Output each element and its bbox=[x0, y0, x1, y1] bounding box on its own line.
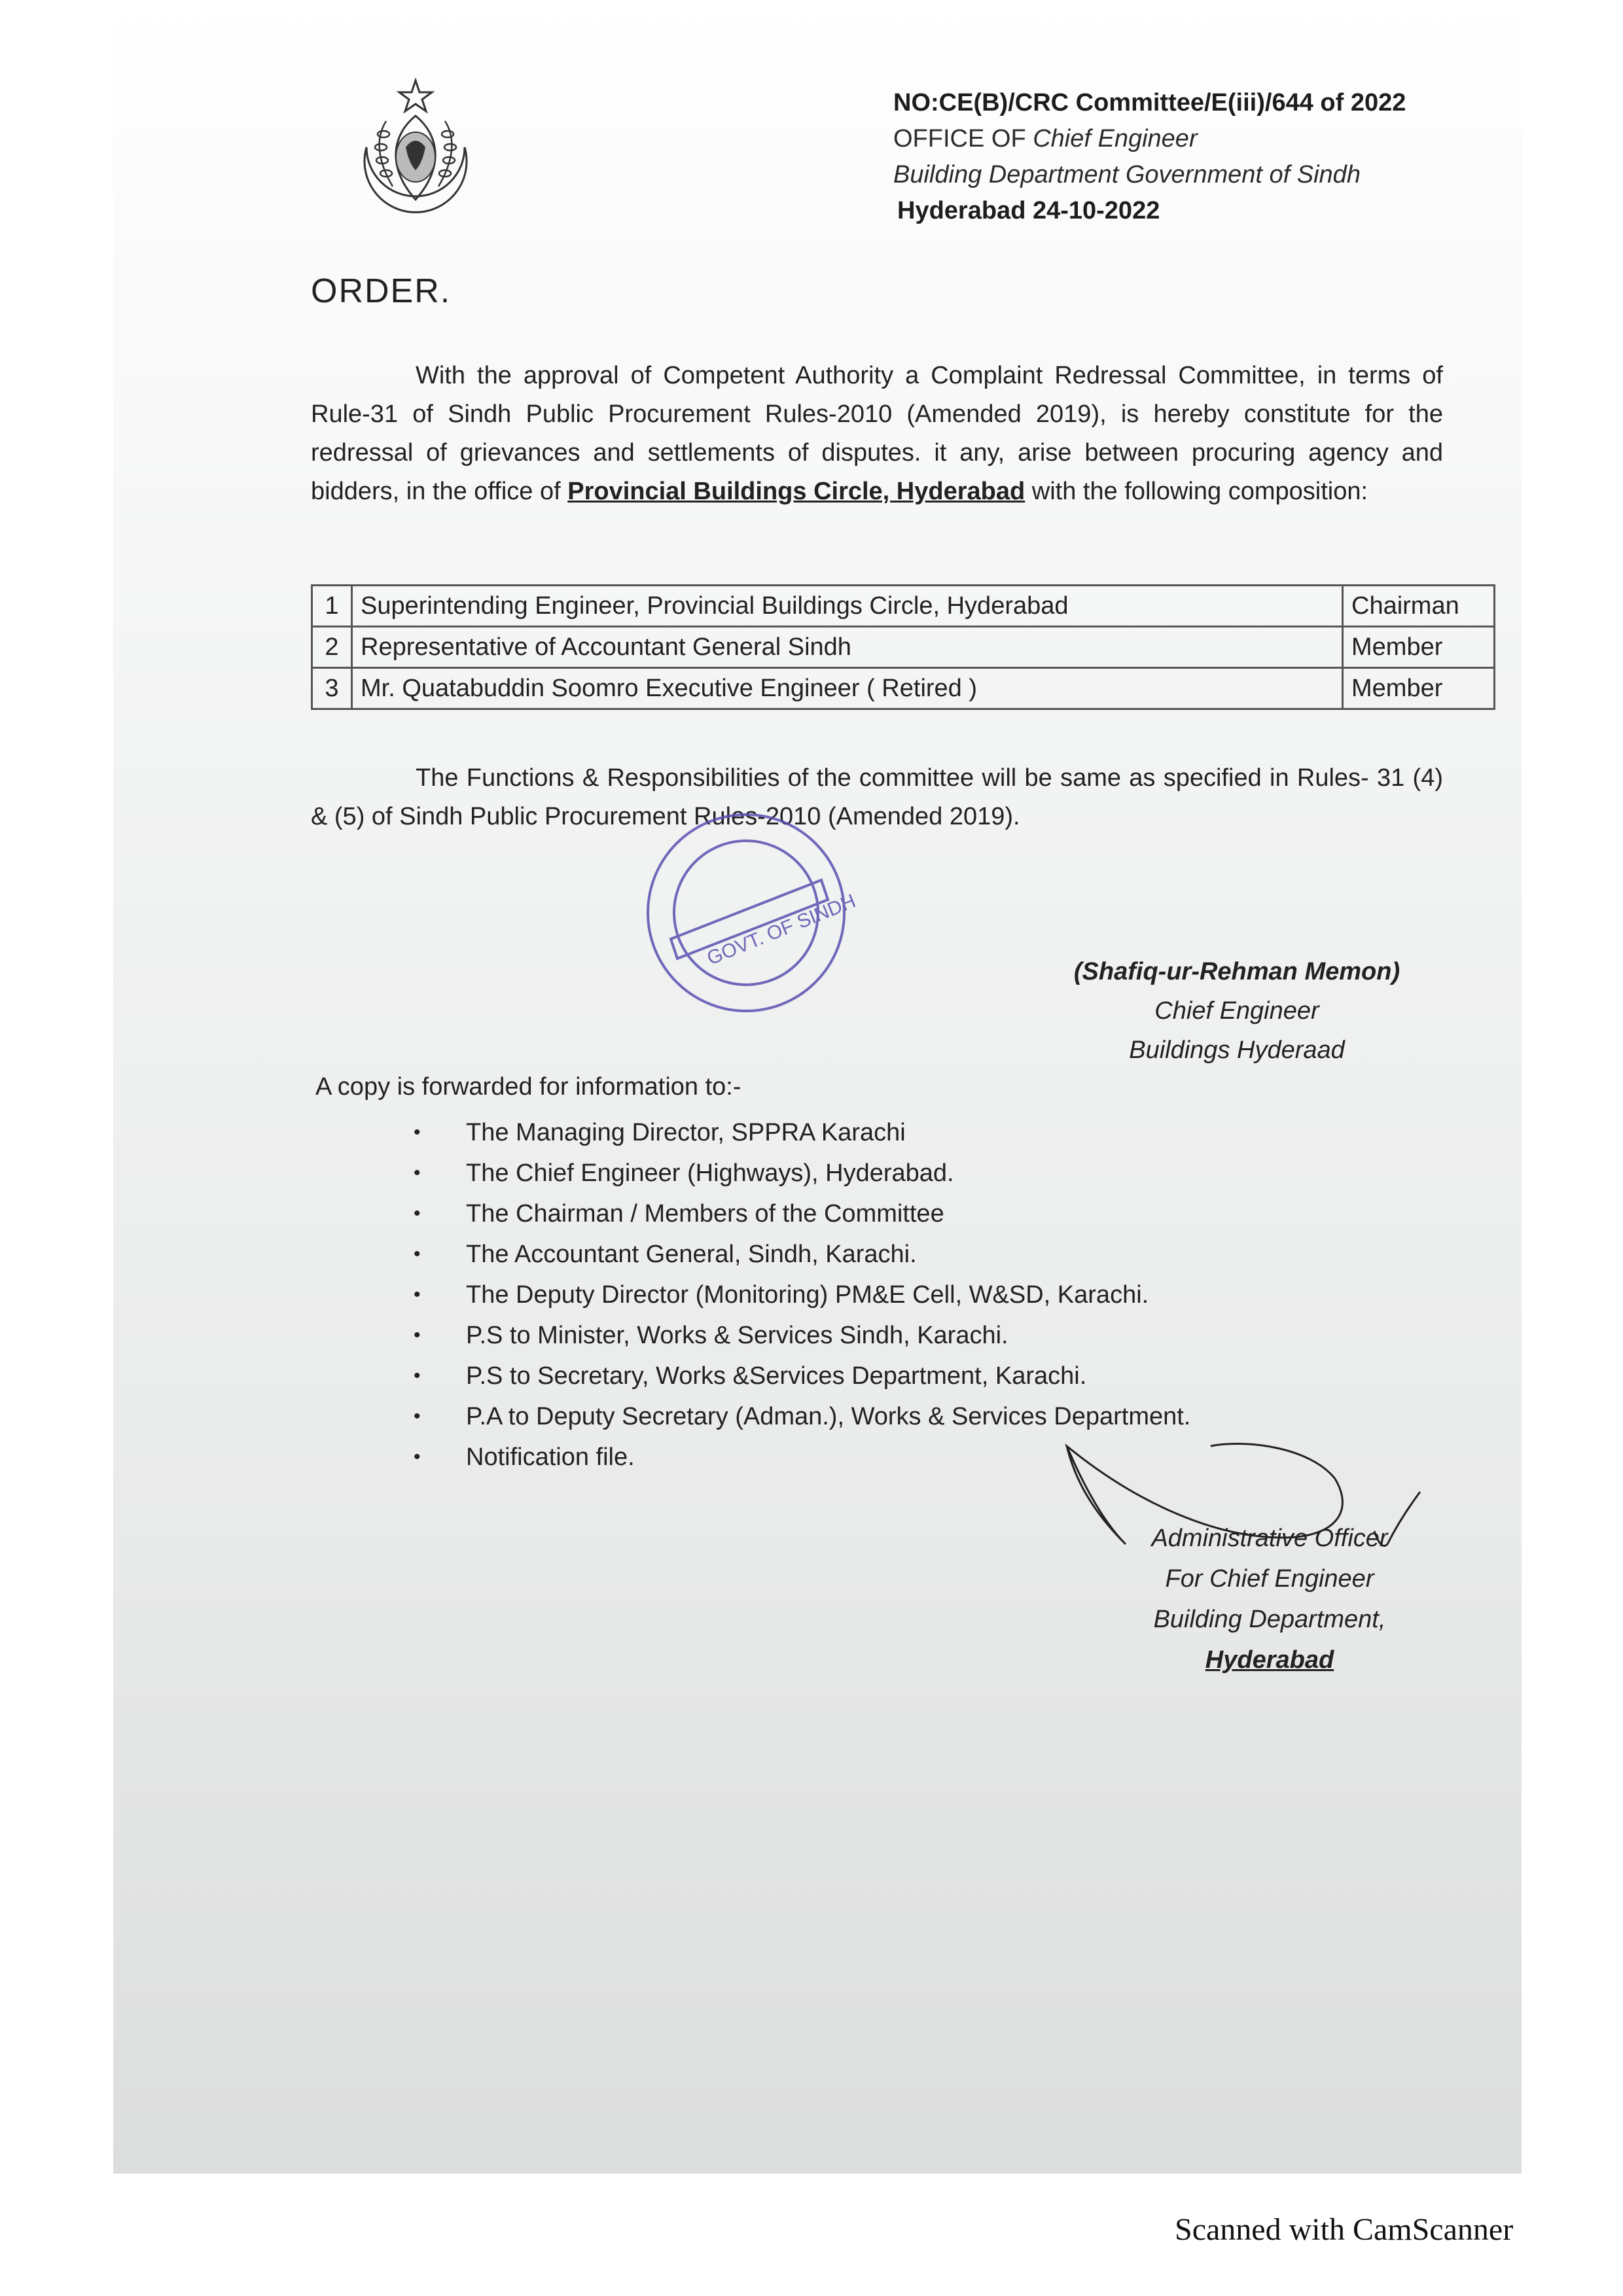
copy-recipient-item: •The Managing Director, SPPRA Karachi bbox=[393, 1112, 1190, 1153]
camscanner-watermark: Scanned with CamScanner bbox=[1175, 2212, 1513, 2248]
signatory-name: (Shafiq-ur-Rehman Memon) bbox=[1034, 952, 1440, 991]
copy-recipient-item: •P.S to Secretary, Works &Services Depar… bbox=[393, 1356, 1190, 1396]
endorsement-line-1: Administrative Officer bbox=[1099, 1518, 1440, 1559]
copy-recipient-list: •The Managing Director, SPPRA Karachi•Th… bbox=[393, 1112, 1190, 1477]
office-highlight: Provincial Buildings Circle, Hyderabad bbox=[567, 478, 1025, 505]
bullet-icon: • bbox=[414, 1356, 421, 1396]
reference-number: NO:CE(B)/CRC Committee/E(iii)/644 of 202… bbox=[893, 85, 1406, 121]
department-line: Building Department Government of Sindh bbox=[893, 157, 1406, 193]
row-role: Chairman bbox=[1343, 586, 1495, 627]
office-line: OFFICE OF Chief Engineer bbox=[893, 121, 1406, 157]
government-emblem-icon bbox=[340, 75, 491, 226]
bullet-icon: • bbox=[414, 1437, 421, 1477]
copy-recipient-item: •The Chairman / Members of the Committee bbox=[393, 1193, 1190, 1234]
bullet-icon: • bbox=[414, 1193, 421, 1234]
signatory-title: Chief Engineer bbox=[1034, 991, 1440, 1031]
place-date: Hyderabad 24-10-2022 bbox=[893, 193, 1406, 229]
bullet-icon: • bbox=[414, 1112, 421, 1153]
row-role: Member bbox=[1343, 627, 1495, 668]
signatory-office: Buildings Hyderaad bbox=[1034, 1031, 1440, 1070]
endorsement-place: Hyderabad bbox=[1099, 1640, 1440, 1680]
row-role: Member bbox=[1343, 668, 1495, 709]
svg-text:GOVT. OF SINDH: GOVT. OF SINDH bbox=[704, 891, 859, 970]
chief-engineer-signature-block: (Shafiq-ur-Rehman Memon) Chief Engineer … bbox=[1034, 952, 1440, 1070]
bullet-icon: • bbox=[414, 1275, 421, 1315]
row-number: 2 bbox=[312, 627, 352, 668]
composition-row: 2Representative of Accountant General Si… bbox=[312, 627, 1495, 668]
bullet-icon: • bbox=[414, 1315, 421, 1356]
row-number: 3 bbox=[312, 668, 352, 709]
row-designation: Mr. Quatabuddin Soomro Executive Enginee… bbox=[352, 668, 1343, 709]
copy-recipient-item: •The Chief Engineer (Highways), Hyderaba… bbox=[393, 1153, 1190, 1193]
endorsement-line-3: Building Department, bbox=[1099, 1599, 1440, 1640]
copy-forwarded-heading: A copy is forwarded for information to:- bbox=[315, 1073, 741, 1101]
committee-composition-table: 1Superintending Engineer, Provincial Bui… bbox=[311, 584, 1495, 710]
endorsement-line-2: For Chief Engineer bbox=[1099, 1559, 1440, 1599]
composition-row: 1Superintending Engineer, Provincial Bui… bbox=[312, 586, 1495, 627]
bullet-icon: • bbox=[414, 1396, 421, 1437]
bullet-icon: • bbox=[414, 1153, 421, 1193]
administrative-officer-block: Administrative Officer For Chief Enginee… bbox=[1099, 1518, 1440, 1680]
row-designation: Representative of Accountant General Sin… bbox=[352, 627, 1343, 668]
order-paragraph-1: With the approval of Competent Authority… bbox=[311, 357, 1443, 511]
row-number: 1 bbox=[312, 586, 352, 627]
row-designation: Superintending Engineer, Provincial Buil… bbox=[352, 586, 1343, 627]
order-title: ORDER. bbox=[311, 272, 451, 311]
official-stamp-icon: GOVT. OF SINDH bbox=[635, 802, 897, 1024]
copy-recipient-item: •P.S to Minister, Works & Services Sindh… bbox=[393, 1315, 1190, 1356]
copy-recipient-item: •The Deputy Director (Monitoring) PM&E C… bbox=[393, 1275, 1190, 1315]
copy-recipient-item: •P.A to Deputy Secretary (Adman.), Works… bbox=[393, 1396, 1190, 1437]
bullet-icon: • bbox=[414, 1234, 421, 1275]
copy-recipient-item: •The Accountant General, Sindh, Karachi. bbox=[393, 1234, 1190, 1275]
composition-row: 3Mr. Quatabuddin Soomro Executive Engine… bbox=[312, 668, 1495, 709]
office-title: Chief Engineer bbox=[1033, 125, 1197, 152]
reference-block: NO:CE(B)/CRC Committee/E(iii)/644 of 202… bbox=[893, 85, 1406, 229]
